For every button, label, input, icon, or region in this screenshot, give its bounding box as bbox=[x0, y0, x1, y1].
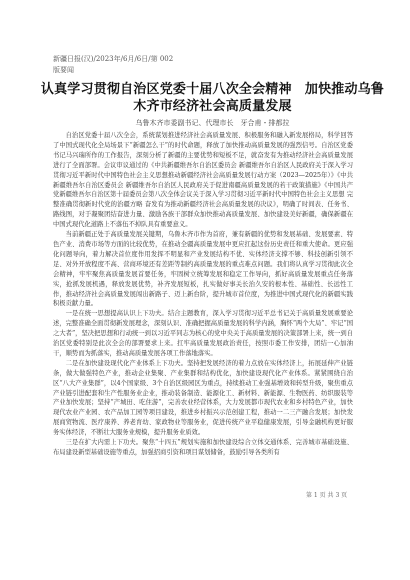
page-number: 第 1 页 共 3 页 bbox=[306, 491, 347, 500]
paragraph-2: 当前新疆正处于高质量发展关键期，乌鲁木齐市作为首府，兼有新疆的优势和发展基础、发… bbox=[53, 230, 353, 309]
paragraph-3: 一是在统一思想提高认识上下功夫。结合主题教育，深入学习贯彻习近平总书记关于高质量… bbox=[53, 309, 353, 359]
paragraph-1: 自治区党委十届八次全会，系统谋划推进经济社会高质量发展、积极服务和融入新发展格局… bbox=[53, 131, 353, 230]
article-title: 认真学习贯彻自治区党委十届八次全会精神 加快推动乌鲁 木齐市经济社会高质量发展 bbox=[40, 81, 385, 115]
article-byline: 乌鲁木齐市委副书记、代理市长 牙合甫・排都拉 bbox=[40, 118, 385, 128]
paragraph-4: 二是在加快建设现代化产业体系上下功夫。坚持把发展经济的着力点放在实体经济上，拓展… bbox=[53, 359, 353, 438]
source-line-1: 新疆日报(汉)/2023年/6月/6日/第 002 bbox=[53, 54, 253, 65]
paragraph-5: 三是在扩大内需上下功夫。聚焦“十四五”规划实施和加快建设综合立体交通体系、完善城… bbox=[53, 438, 353, 458]
article-body: 自治区党委十届八次全会，系统谋划推进经济社会高质量发展、积极服务和融入新发展格局… bbox=[53, 131, 353, 458]
publication-source: 新疆日报(汉)/2023年/6月/6日/第 002 版要闻 bbox=[53, 54, 253, 76]
title-line-2: 木齐市经济社会高质量发展 bbox=[40, 98, 385, 115]
document-page: 新疆日报(汉)/2023年/6月/6日/第 002 版要闻 认真学习贯彻自治区党… bbox=[0, 0, 410, 580]
source-line-2: 版要闻 bbox=[53, 65, 253, 76]
title-line-1: 认真学习贯彻自治区党委十届八次全会精神 加快推动乌鲁 bbox=[40, 81, 385, 98]
